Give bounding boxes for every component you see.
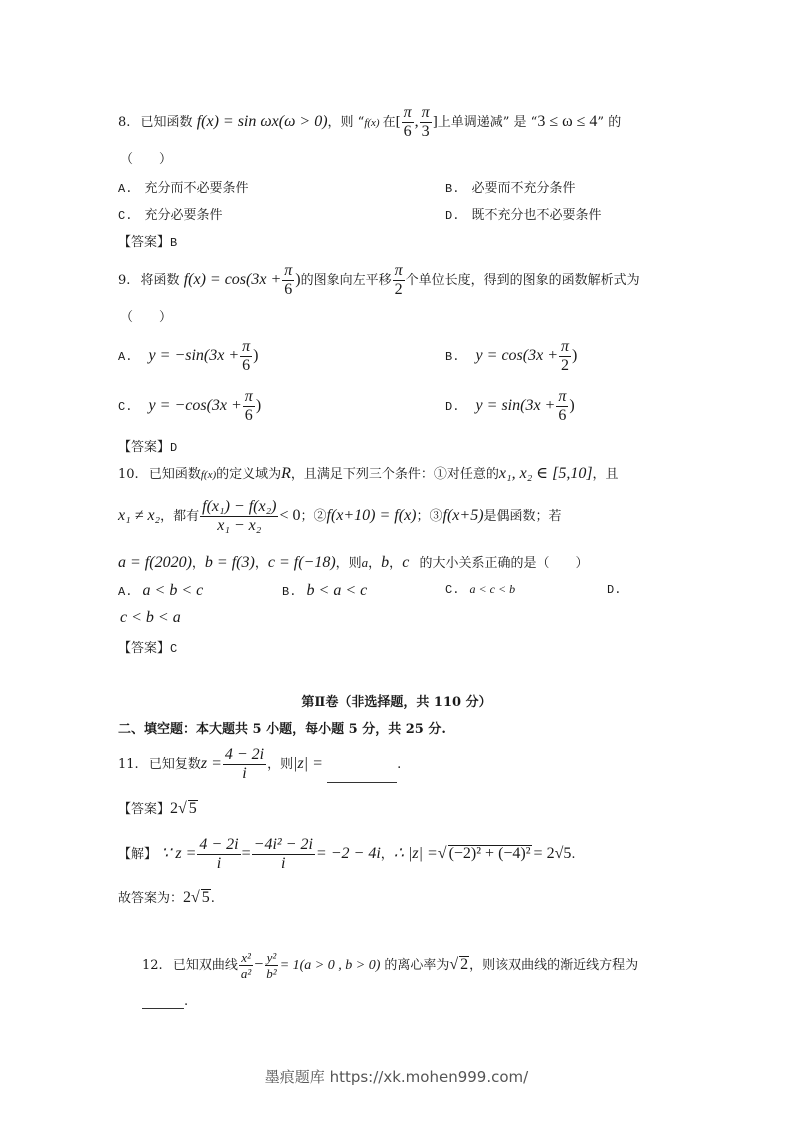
answer-line: 【答案】C <box>118 637 177 656</box>
option-b: B. y = cos(3x +π2) <box>445 338 577 375</box>
function-expression: f(x) = sin ωx(ω > 0) <box>197 113 328 130</box>
option-a: A. 充分而不必要条件 <box>118 177 249 196</box>
question-number: 8. <box>118 115 130 130</box>
question-10-line3: a = f(2020)，b = f(3)，c = f(−18)，则a，b，c 的… <box>118 552 588 572</box>
question-number: 9. <box>118 273 130 288</box>
option-a: A. y = −sin(3x +π6) <box>118 338 258 375</box>
fill-blank[interactable] <box>142 996 184 1009</box>
question-8: 8. 已知函数 f(x) = sin ωx(ω > 0)，则 “f(x)在[π6… <box>118 104 621 141</box>
fill-blank[interactable] <box>327 768 397 783</box>
option-b: B. 必要而不充分条件 <box>445 177 576 196</box>
question-9: 9. 将函数 f(x) = cos(3x +π6)的图象向左平移π2个单位长度，… <box>118 262 640 299</box>
question-12-blank: . <box>142 994 188 1009</box>
option-b: B. b < a < c <box>282 582 367 600</box>
answer-line: 【答案】D <box>118 436 177 455</box>
section-title: 第Ⅱ卷（非选择题，共 110 分） <box>0 691 793 710</box>
question-10: 10. 已知函数f(x)的定义域为R，且满足下列三个条件：①对任意的x₁, x₂… <box>118 463 619 483</box>
question-12: 12. 已知双曲线x²a²−y²b²= 1(a > 0 , b > 0)的离心率… <box>142 950 638 981</box>
option-a: A. a < b < c <box>118 582 203 600</box>
conclusion-line: 故答案为：2√5. <box>118 887 215 907</box>
option-d: D. y = sin(3x +π6) <box>445 388 575 425</box>
answer-paren: （ ） <box>120 148 172 167</box>
option-d: D. 既不充分也不必要条件 <box>445 204 602 223</box>
question-10-line2: x₁ ≠ x₂，都有f(x₁) − f(x₂)x₁ − x₂< 0；②f(x+1… <box>118 498 562 535</box>
answer-line: 【答案】2√5 <box>118 798 198 818</box>
option-c: C. 充分必要条件 <box>118 204 223 223</box>
option-c: C. a < c < b <box>445 582 515 597</box>
option-d-text: c < b < a <box>120 609 181 627</box>
answer-paren: （ ） <box>120 306 172 325</box>
condition-expression: 3 ≤ ω ≤ 4 <box>537 113 597 130</box>
option-c: C. y = −cos(3x +π6) <box>118 388 261 425</box>
option-d-label: D. <box>607 582 621 597</box>
footer-watermark: 墨痕题库 https://xk.mohen999.com/ <box>0 1066 793 1087</box>
section-subtitle: 二、填空题：本大题共 5 小题，每小题 5 分，共 25 分. <box>118 718 446 737</box>
solution-line: 【解】 ∵ z =4 − 2ii=−4i² − 2ii= −2 − 4i，∴ |… <box>118 836 576 873</box>
question-11: 11. 已知复数z =4 − 2ii，则|z| = . <box>118 746 401 783</box>
answer-line: 【答案】B <box>118 231 177 250</box>
